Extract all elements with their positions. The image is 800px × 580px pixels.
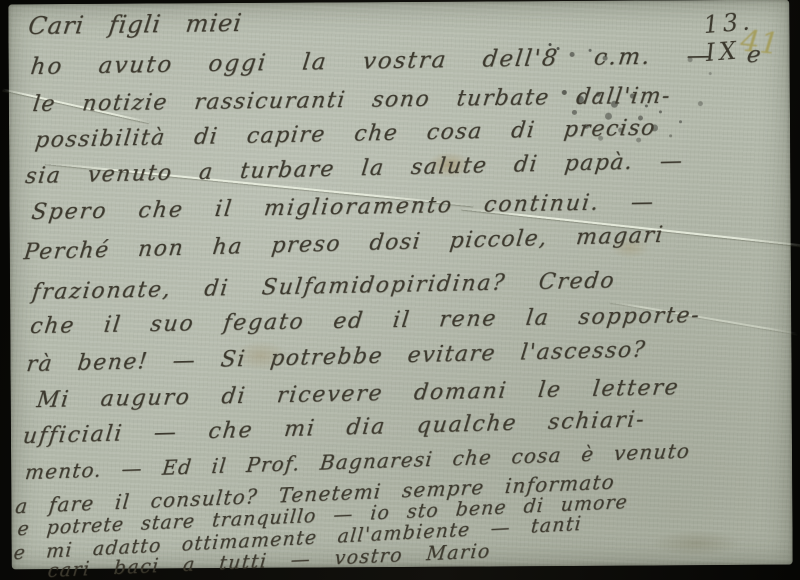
handwritten-line: possibilità di capire che cosa di precis… xyxy=(34,116,658,154)
handwritten-line: Mi auguro di ricevere domani le lettere xyxy=(35,375,681,413)
handwritten-line: Perché non ha preso dosi piccole, magari xyxy=(22,223,665,265)
handwritten-line: frazionate, di Sulfamidopiridina? Credo xyxy=(31,269,617,306)
handwritten-line: le notizie rassicuranti sono turbate dal… xyxy=(31,84,672,117)
handwritten-line: Cari figli miei xyxy=(27,9,244,40)
postcard: 13. IX 41 Cari figli miei ho avuto oggi … xyxy=(8,0,792,569)
handwritten-line: sia venuto a turbare la salute di papà. … xyxy=(24,149,685,190)
handwritten-line: che il suo fegato ed il rene la sopporte… xyxy=(29,303,702,339)
photo-background: 13. IX 41 Cari figli miei ho avuto oggi … xyxy=(0,0,800,580)
paper-stain xyxy=(652,530,742,557)
handwritten-line: rà bene! — Si potrebbe evitare l'ascesso… xyxy=(25,338,647,378)
handwritten-line: ho avuto oggi la vostra dell'8 c.m. — e xyxy=(29,42,764,80)
